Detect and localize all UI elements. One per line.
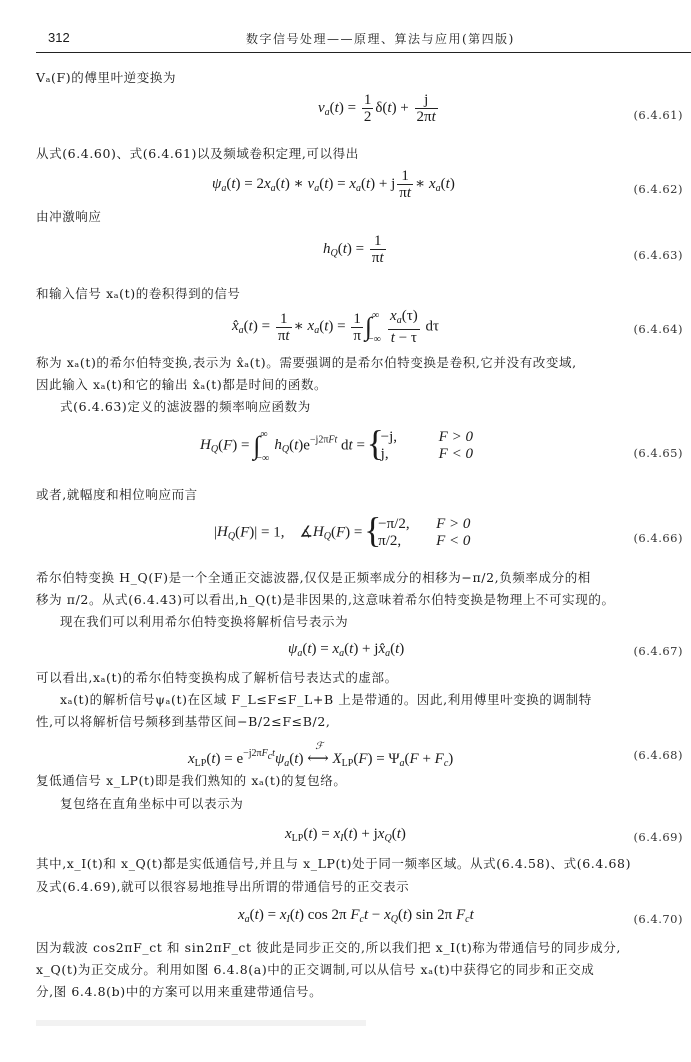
equation-number: (6.4.67) (633, 644, 683, 658)
paragraph: 或者,就幅度和相位响应而言 (36, 487, 198, 503)
page-header: 312 数字信号处理——原理、算法与应用(第四版) (36, 26, 691, 53)
equation-6-4-65: HQ(F) = ∫∞−∞hQ(t)e−j2πFt dt = −j,F > 0 j… (200, 428, 473, 464)
paragraph: 复低通信号 x_LP(t)即是我们熟知的 xₐ(t)的复包络。 (36, 773, 346, 789)
equation-6-4-68: xLP(t) = e−j2πFctψa(t) ⟷ℱ XLP(F) = Ψa(F … (188, 745, 453, 773)
equation-6-4-63: hQ(t) = 1πt (323, 233, 388, 266)
cases: −j,F > 0 j,F < 0 (369, 429, 473, 463)
equation-6-4-69: xLP(t) = xI(t) + jxQ(t) (285, 825, 406, 848)
paragraph: x_Q(t)为正交成分。利用如图 6.4.8(a)中的正交调制,可以从信号 xₐ… (36, 962, 594, 978)
equation-6-4-66: |HQ(F)| = 1, ∡HQ(F) = −π/2,F > 0 π/2,F <… (214, 516, 470, 550)
paragraph: xₐ(t)的解析信号ψₐ(t)在区域 F_L≤F≤F_L+B 上是带通的。因此,… (60, 692, 592, 708)
bleed-through-artifact (36, 1020, 366, 1026)
equation-6-4-64: x̂a(t) = 1πt∗ xa(t) = 1π∫∞−∞xa(τ)t − τ d… (232, 308, 439, 346)
paragraph: 可以看出,xₐ(t)的希尔伯特变换构成了解析信号表达式的虚部。 (36, 670, 398, 686)
paragraph: 从式(6.4.60)、式(6.4.61)以及频域卷积定理,可以得出 (36, 146, 359, 162)
paragraph: 希尔伯特变换 H_Q(F)是一个全通正交滤波器,仅仅是正频率成分的相移为−π/2… (36, 570, 591, 586)
paragraph: Vₐ(F)的傅里叶逆变换为 (36, 70, 176, 86)
paragraph: 由冲激响应 (36, 209, 102, 225)
paragraph: 称为 xₐ(t)的希尔伯特变换,表示为 x̂ₐ(t)。需要强调的是希尔伯特变换是… (36, 355, 577, 371)
equation-number: (6.4.68) (633, 748, 683, 762)
paragraph: 和输入信号 xₐ(t)的卷积得到的信号 (36, 286, 241, 302)
cases: −π/2,F > 0 π/2,F < 0 (366, 516, 470, 550)
equation-number: (6.4.64) (633, 322, 683, 336)
paragraph: 因为载波 cos2πF_ct 和 sin2πF_ct 彼此是同步正交的,所以我们… (36, 940, 621, 956)
equation-number: (6.4.63) (633, 248, 683, 262)
paragraph: 其中,x_I(t)和 x_Q(t)都是实低通信号,并且与 x_LP(t)处于同一… (36, 856, 631, 872)
paragraph: 及式(6.4.69),就可以很容易地推导出所谓的带通信号的正交表示 (36, 879, 409, 895)
equation-number: (6.4.69) (633, 830, 683, 844)
equation-number: (6.4.61) (633, 108, 683, 122)
equation-number: (6.4.66) (633, 531, 683, 545)
paragraph: 因此输入 xₐ(t)和它的输出 x̂ₐ(t)都是时间的函数。 (36, 377, 327, 393)
paragraph: 现在我们可以利用希尔伯特变换将解析信号表示为 (60, 614, 348, 630)
paragraph: 移为 π/2。从式(6.4.43)可以看出,h_Q(t)是非因果的,这意味着希尔… (36, 592, 615, 608)
equation-number: (6.4.65) (633, 446, 683, 460)
equation-6-4-62: ψa(t) = 2xa(t) ∗ va(t) = xa(t) + j1πt∗ x… (212, 168, 455, 201)
equation-number: (6.4.70) (633, 912, 683, 926)
page-number: 312 (48, 30, 70, 45)
equation-6-4-70: xa(t) = xI(t) cos 2π Fct − xQ(t) sin 2π … (238, 906, 474, 929)
paragraph: 分,图 6.4.8(b)中的方案可以用来重建带通信号。 (36, 984, 322, 1000)
book-page: 312 数字信号处理——原理、算法与应用(第四版) Vₐ(F)的傅里叶逆变换为 … (0, 0, 691, 1062)
paragraph: 复包络在直角坐标中可以表示为 (60, 796, 243, 812)
equation-number: (6.4.62) (633, 182, 683, 196)
equation-6-4-67: ψa(t) = xa(t) + jx̂a(t) (288, 640, 404, 663)
equation-6-4-61: va(t) = 12δ(t) + j2πt (318, 92, 440, 125)
running-title: 数字信号处理——原理、算法与应用(第四版) (246, 30, 515, 47)
paragraph: 式(6.4.63)定义的滤波器的频率响应函数为 (60, 399, 311, 415)
paragraph: 性,可以将解析信号频移到基带区间−B/2≤F≤B/2, (36, 714, 330, 730)
